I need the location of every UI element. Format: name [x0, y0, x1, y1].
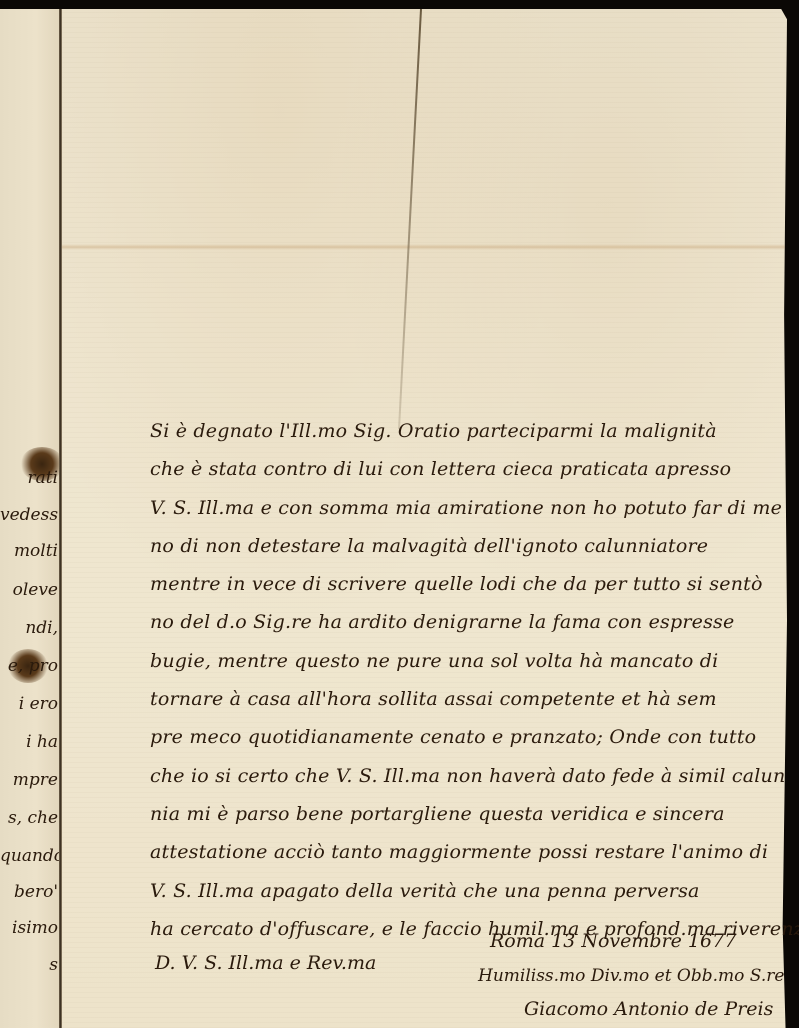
addressee: D. V. S. Ill.ma e Rev.ma — [155, 952, 376, 974]
paper-tear — [398, 9, 422, 429]
letter-line: nia mi è parso bene portargliene questa … — [150, 795, 790, 833]
page-fold — [59, 9, 62, 1028]
signature-name: Giacomo Antonio de Preis — [524, 998, 773, 1020]
letter-line: no di non detestare la malvagità dell'ig… — [150, 527, 790, 565]
letter-line: tornare à casa all'hora sollita assai co… — [150, 680, 790, 718]
left-fragment-text: quando — [0, 846, 60, 866]
left-fragment-text: bero' — [0, 882, 60, 902]
left-fragment-text: e, pro — [0, 656, 60, 676]
paper-crease — [62, 244, 787, 250]
letter-line: bugie, mentre questo ne pure una sol vol… — [150, 642, 790, 680]
left-fragment-text: isimo — [0, 918, 60, 938]
letter-line: mentre in vece di scrivere quelle lodi c… — [150, 565, 790, 603]
letter-body: Si è degnato l'Ill.mo Sig. Oratio partec… — [150, 412, 790, 948]
left-fragment-text: ndi, — [0, 618, 60, 638]
left-fragment-text: mpre — [0, 770, 60, 790]
date-line: Roma 13 Novembre 1677 — [490, 930, 736, 952]
letter-line: che è stata contro di lui con lettera ci… — [150, 450, 790, 488]
left-fragment-text: s — [0, 955, 60, 975]
letter-line: V. S. Ill.ma e con somma mia amiratione … — [150, 489, 790, 527]
letter-line: V. S. Ill.ma apagato della verità che un… — [150, 872, 790, 910]
signature-closing: Humiliss.mo Div.mo et Obb.mo S.re — [478, 966, 784, 986]
letter-line: pre meco quotidianamente cenato e pranza… — [150, 718, 790, 756]
letter-line: no del d.o Sig.re ha ardito denigrarne l… — [150, 603, 790, 641]
left-fragment-text: molti — [0, 541, 60, 561]
letter-line: che io si certo che V. S. Ill.ma non hav… — [150, 757, 790, 795]
left-fragment-text: i ha — [0, 732, 60, 752]
left-fragment-text: rati — [0, 468, 60, 488]
left-fragment-text: s, che — [0, 808, 60, 828]
left-fragment-text: i ero — [0, 694, 60, 714]
letter-line: Si è degnato l'Ill.mo Sig. Oratio partec… — [150, 412, 790, 450]
left-fragment-text: vedessi — [0, 505, 60, 525]
left-fragment-text: oleve — [0, 580, 60, 600]
letter-line: attestatione acciò tanto maggiormente po… — [150, 833, 790, 871]
